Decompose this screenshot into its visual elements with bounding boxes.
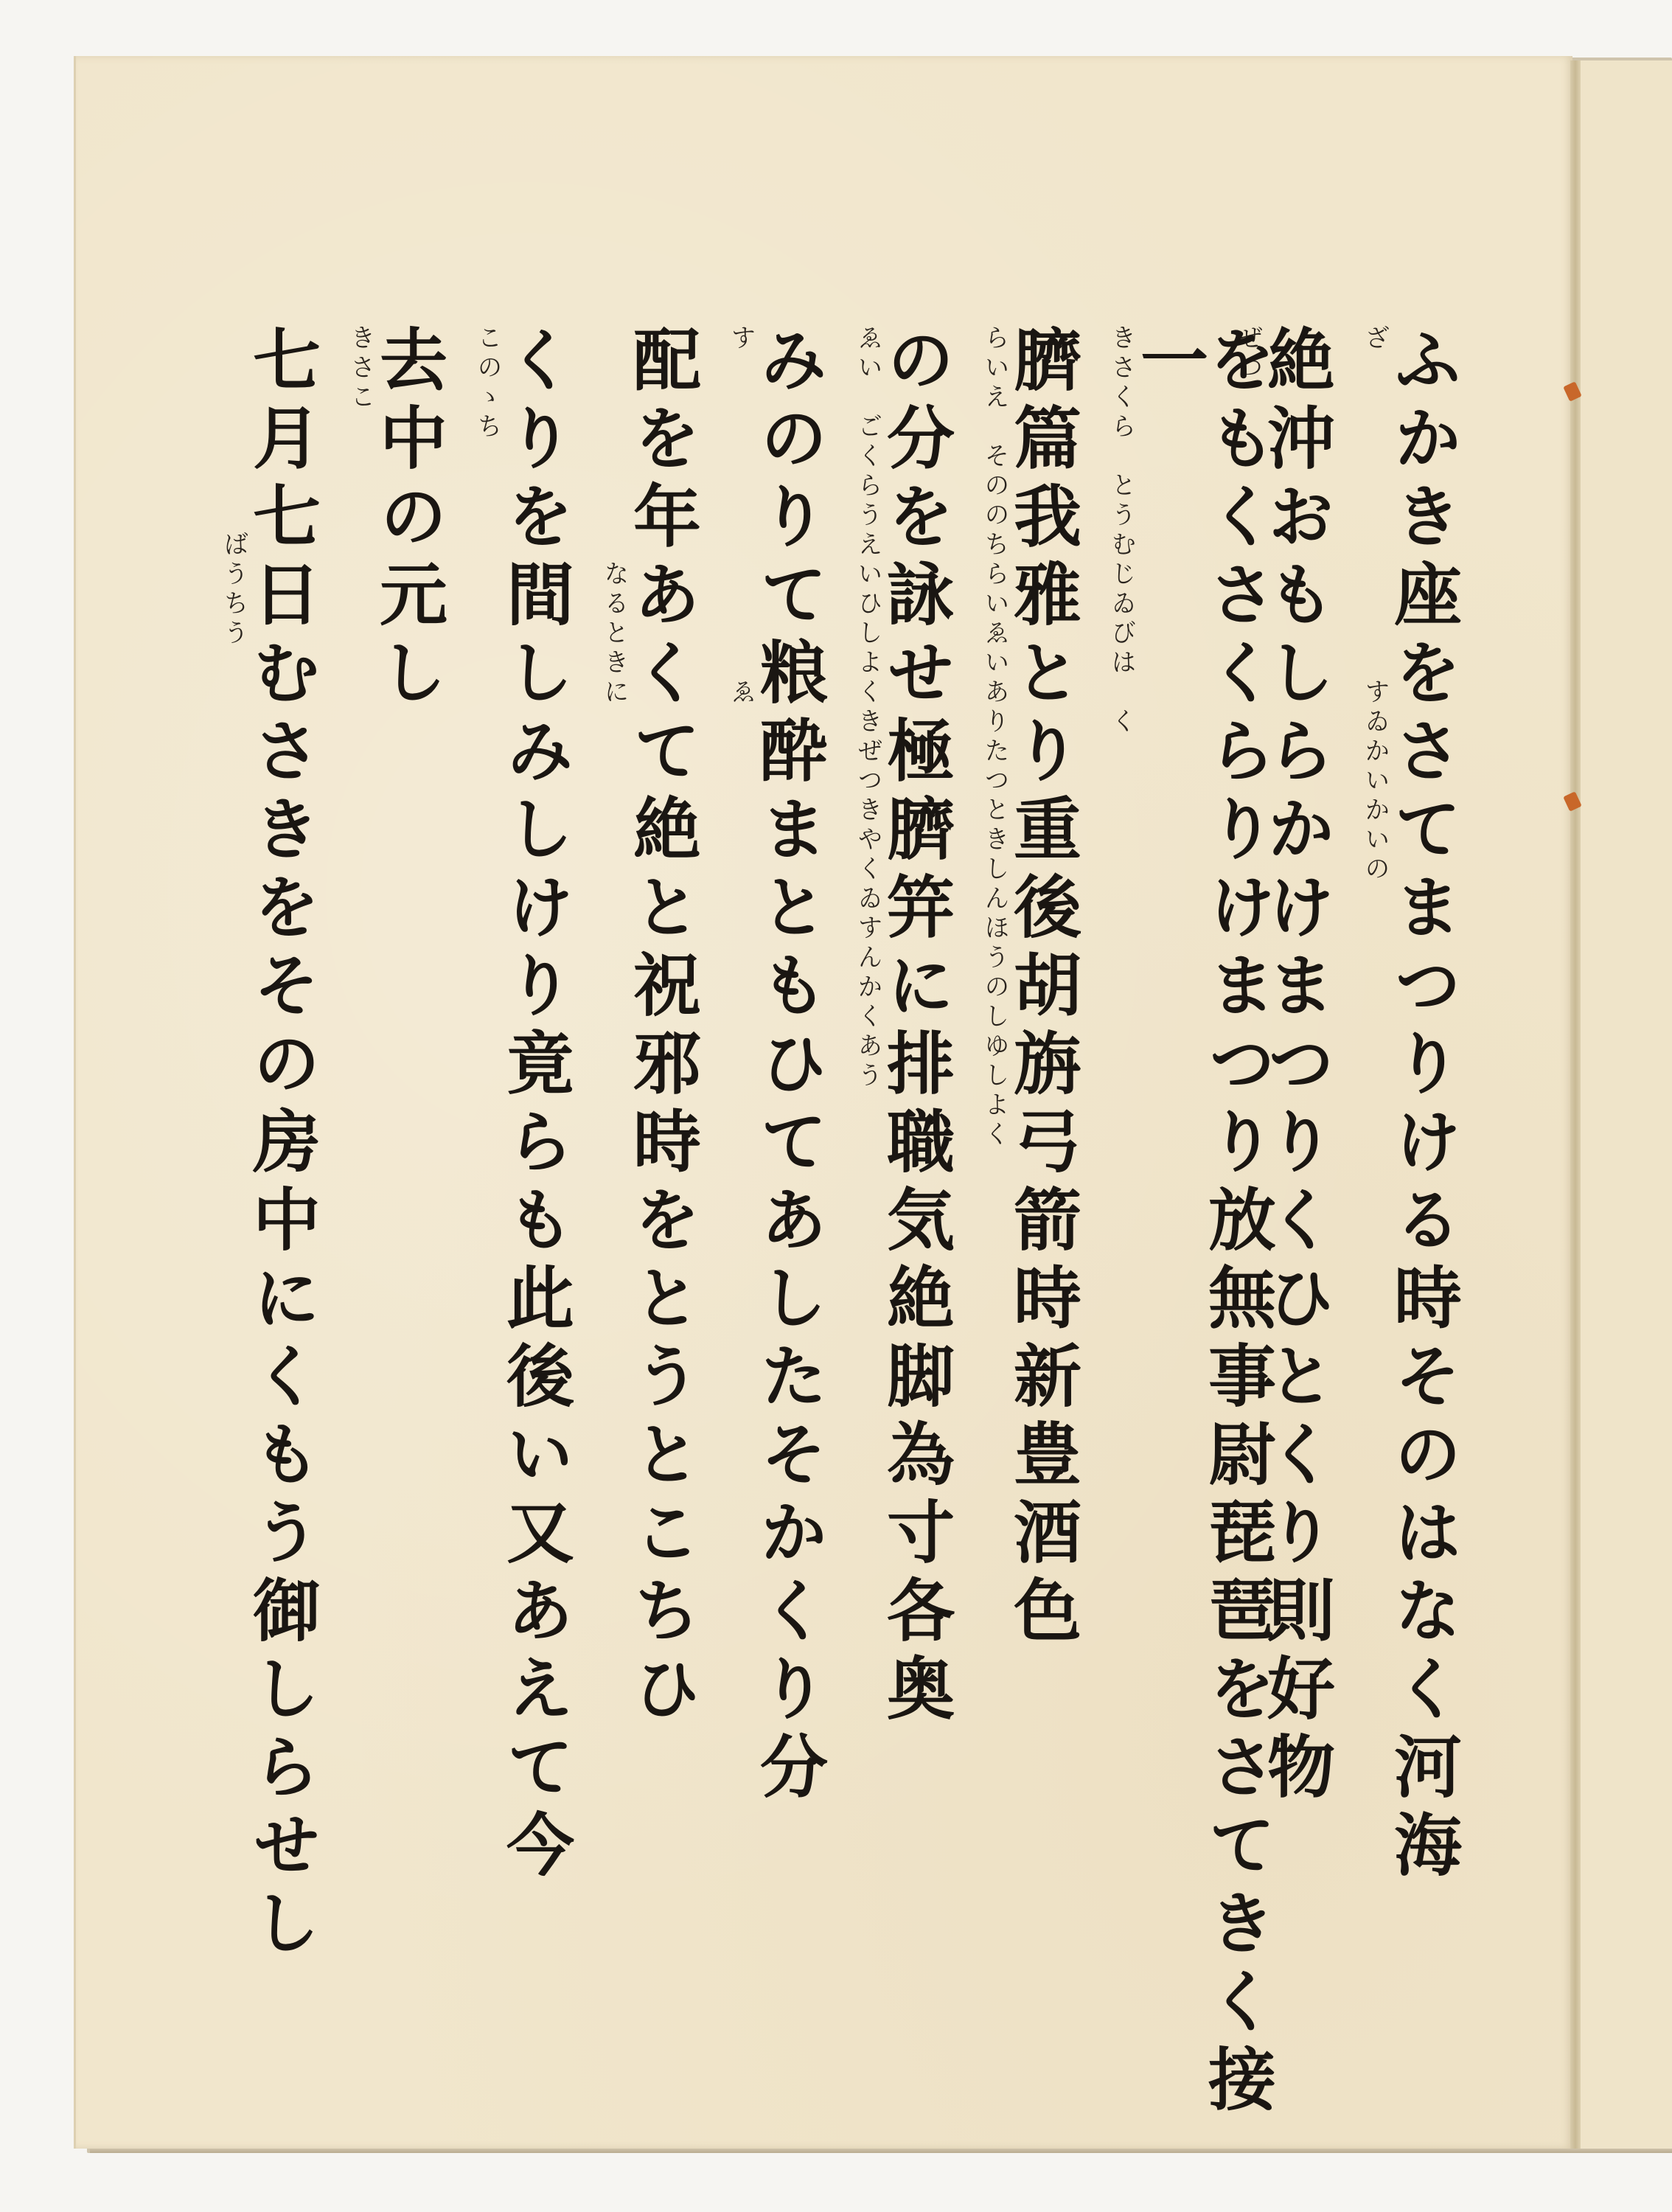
- text-column: くりを間しみしけり竟らも此後い又あえて今 このゝち: [475, 324, 602, 2124]
- text-column: をもくさくらりけまつり放無事尉琵琶をさてきく接一 きさくら とうむじゐびは く: [1109, 324, 1236, 2124]
- column-text: くりを間しみしけり竟らも此後い又あえて今: [501, 324, 569, 1888]
- text-column: の分を詠せ極臍笄に排職気絶脚為寸各奥 ゑい ごくらうえいひしよくきぜつきやくゐす…: [855, 324, 982, 2124]
- text-block: ふかき座をさてまつりける時そのはなく河海 ざ すゐかいかいの 絶沖おもしらかけま…: [221, 324, 1489, 2124]
- text-column: 七月七日むさきをその房中にくもう御しらせし ばうちう: [221, 324, 348, 2124]
- column-text: の分を詠せ極臍笄に排職気絶脚為寸各奥: [882, 324, 950, 1731]
- binding-gutter: [1570, 60, 1581, 2149]
- text-column: 去中の元し きさこ: [348, 324, 475, 2124]
- column-ruby: ゑい ごくらうえいひしよくきぜつきやくゐすんかくあう: [855, 324, 880, 1091]
- column-ruby: らいえ そののちらいゑいありたつときしんほうのしゆしよく: [982, 324, 1007, 1150]
- column-text: みのりて粮酔まともひてあしたそかくり分: [755, 324, 823, 1809]
- column-ruby: きさくら とうむじゐびは く: [1109, 324, 1134, 737]
- text-column: 臍篇我雅とり重後胡旃弓箭時新豊酒色 らいえ そののちらいゑいありたつときしんほう…: [982, 324, 1109, 2124]
- column-text: をもくさくらりけまつり放無事尉琵琶をさてきく接一: [1135, 324, 1271, 2124]
- column-text: 七月七日むさきをその房中にくもう御しらせし: [248, 324, 316, 1966]
- column-ruby: きさこ: [348, 324, 373, 413]
- column-ruby: す ゑ: [728, 324, 753, 708]
- text-column: みのりて粮酔まともひてあしたそかくり分 す ゑ: [728, 324, 855, 2124]
- text-column: ふかき座をさてまつりける時そのはなく河海 ざ すゐかいかいの: [1362, 324, 1489, 2124]
- text-column: 配を年あくて絶と祝邪時をとうとこちひ なるときに: [602, 324, 728, 2124]
- column-ruby: ばうちう: [221, 324, 246, 649]
- column-ruby: このゝち: [475, 324, 500, 442]
- column-text: 臍篇我雅とり重後胡旃弓箭時新豊酒色: [1009, 324, 1076, 1653]
- facing-page-edge: [1581, 60, 1672, 2149]
- column-ruby: ざ すゐかいかいの: [1362, 324, 1387, 885]
- column-ruby: なるときに: [602, 324, 627, 708]
- column-text: 配を年あくて絶と祝邪時をとうとこちひ: [628, 324, 696, 1731]
- column-text: 去中の元し: [375, 324, 442, 715]
- column-text: ふかき座をさてまつりける時そのはなく河海: [1389, 324, 1457, 1888]
